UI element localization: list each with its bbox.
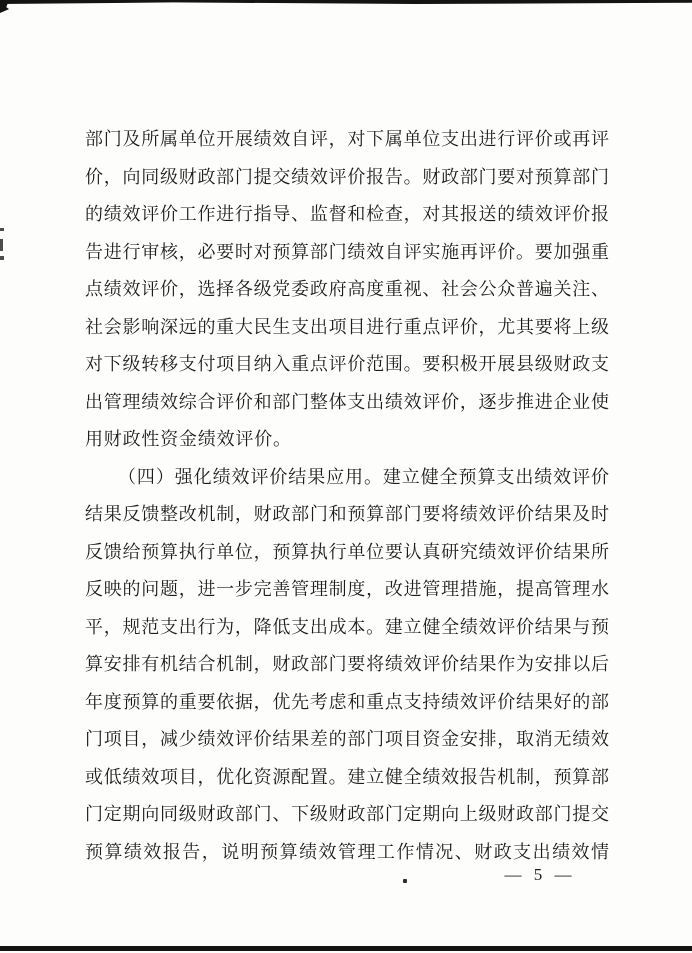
document-line: 社会影响深远的重大民生支出项目进行重点评价，尤其要将上级 <box>85 309 609 347</box>
scan-artifact-bottom-edge <box>0 946 692 951</box>
document-line: 点绩效评价，选择各级党委政府高度重视、社会公众普遍关注、 <box>85 271 609 309</box>
scan-artifact-top-left-corner <box>0 0 9 13</box>
scan-artifact-left-tick <box>0 228 4 231</box>
page-number: — 5 — <box>503 864 577 886</box>
document-line: 用财政性资金绩效评价。 <box>85 421 609 459</box>
document-line: 出管理绩效综合评价和部门整体支出绩效评价，逐步推进企业使 <box>85 384 609 422</box>
document-line: 门项目，减少绩效评价结果差的部门项目资金安排，取消无绩效 <box>85 721 609 759</box>
document-line: 价，向同级财政部门提交绩效评价报告。财政部门要对预算部门 <box>85 159 609 197</box>
document-line: 反映的问题，进一步完善管理制度，改进管理措施，提高管理水 <box>85 571 609 609</box>
document-line: 或低绩效项目，优化资源配置。建立健全绩效报告机制，预算部 <box>85 759 609 797</box>
scanned-document-page: 部门及所属单位开展绩效自评，对下属单位支出进行评价或再评 价，向同级财政部门提交… <box>0 0 692 953</box>
document-line: 的绩效评价工作进行指导、监督和检查，对其报送的绩效评价报 <box>85 196 609 234</box>
scan-artifact-left-tick <box>0 239 3 251</box>
document-line-section-heading: （四）强化绩效评价结果应用。建立健全预算支出绩效评价 <box>85 459 609 497</box>
document-line: 门定期向同级财政部门、下级财政部门定期向上级财政部门提交 <box>85 796 609 834</box>
document-line: 结果反馈整改机制，财政部门和预算部门要将绩效评价结果及时 <box>85 496 609 534</box>
scan-artifact-left-tick <box>0 256 4 260</box>
document-line: 部门及所属单位开展绩效自评，对下属单位支出进行评价或再评 <box>85 121 609 159</box>
document-line: 平，规范支出行为，降低支出成本。建立健全绩效评价结果与预 <box>85 609 609 647</box>
document-line: 年度预算的重要依据，优先考虑和重点支持绩效评价结果好的部 <box>85 684 609 722</box>
document-line: 反馈给预算执行单位，预算执行单位要认真研究绩效评价结果所 <box>85 534 609 572</box>
scan-artifact-top-edge <box>0 0 692 4</box>
scan-artifact-speck <box>403 879 407 883</box>
document-body: 部门及所属单位开展绩效自评，对下属单位支出进行评价或再评 价，向同级财政部门提交… <box>85 121 609 871</box>
document-line: 算安排有机结合机制，财政部门要将绩效评价结果作为安排以后 <box>85 646 609 684</box>
document-line: 对下级转移支付项目纳入重点评价范围。要积极开展县级财政支 <box>85 346 609 384</box>
document-line: 告进行审核，必要时对预算部门绩效自评实施再评价。要加强重 <box>85 234 609 272</box>
